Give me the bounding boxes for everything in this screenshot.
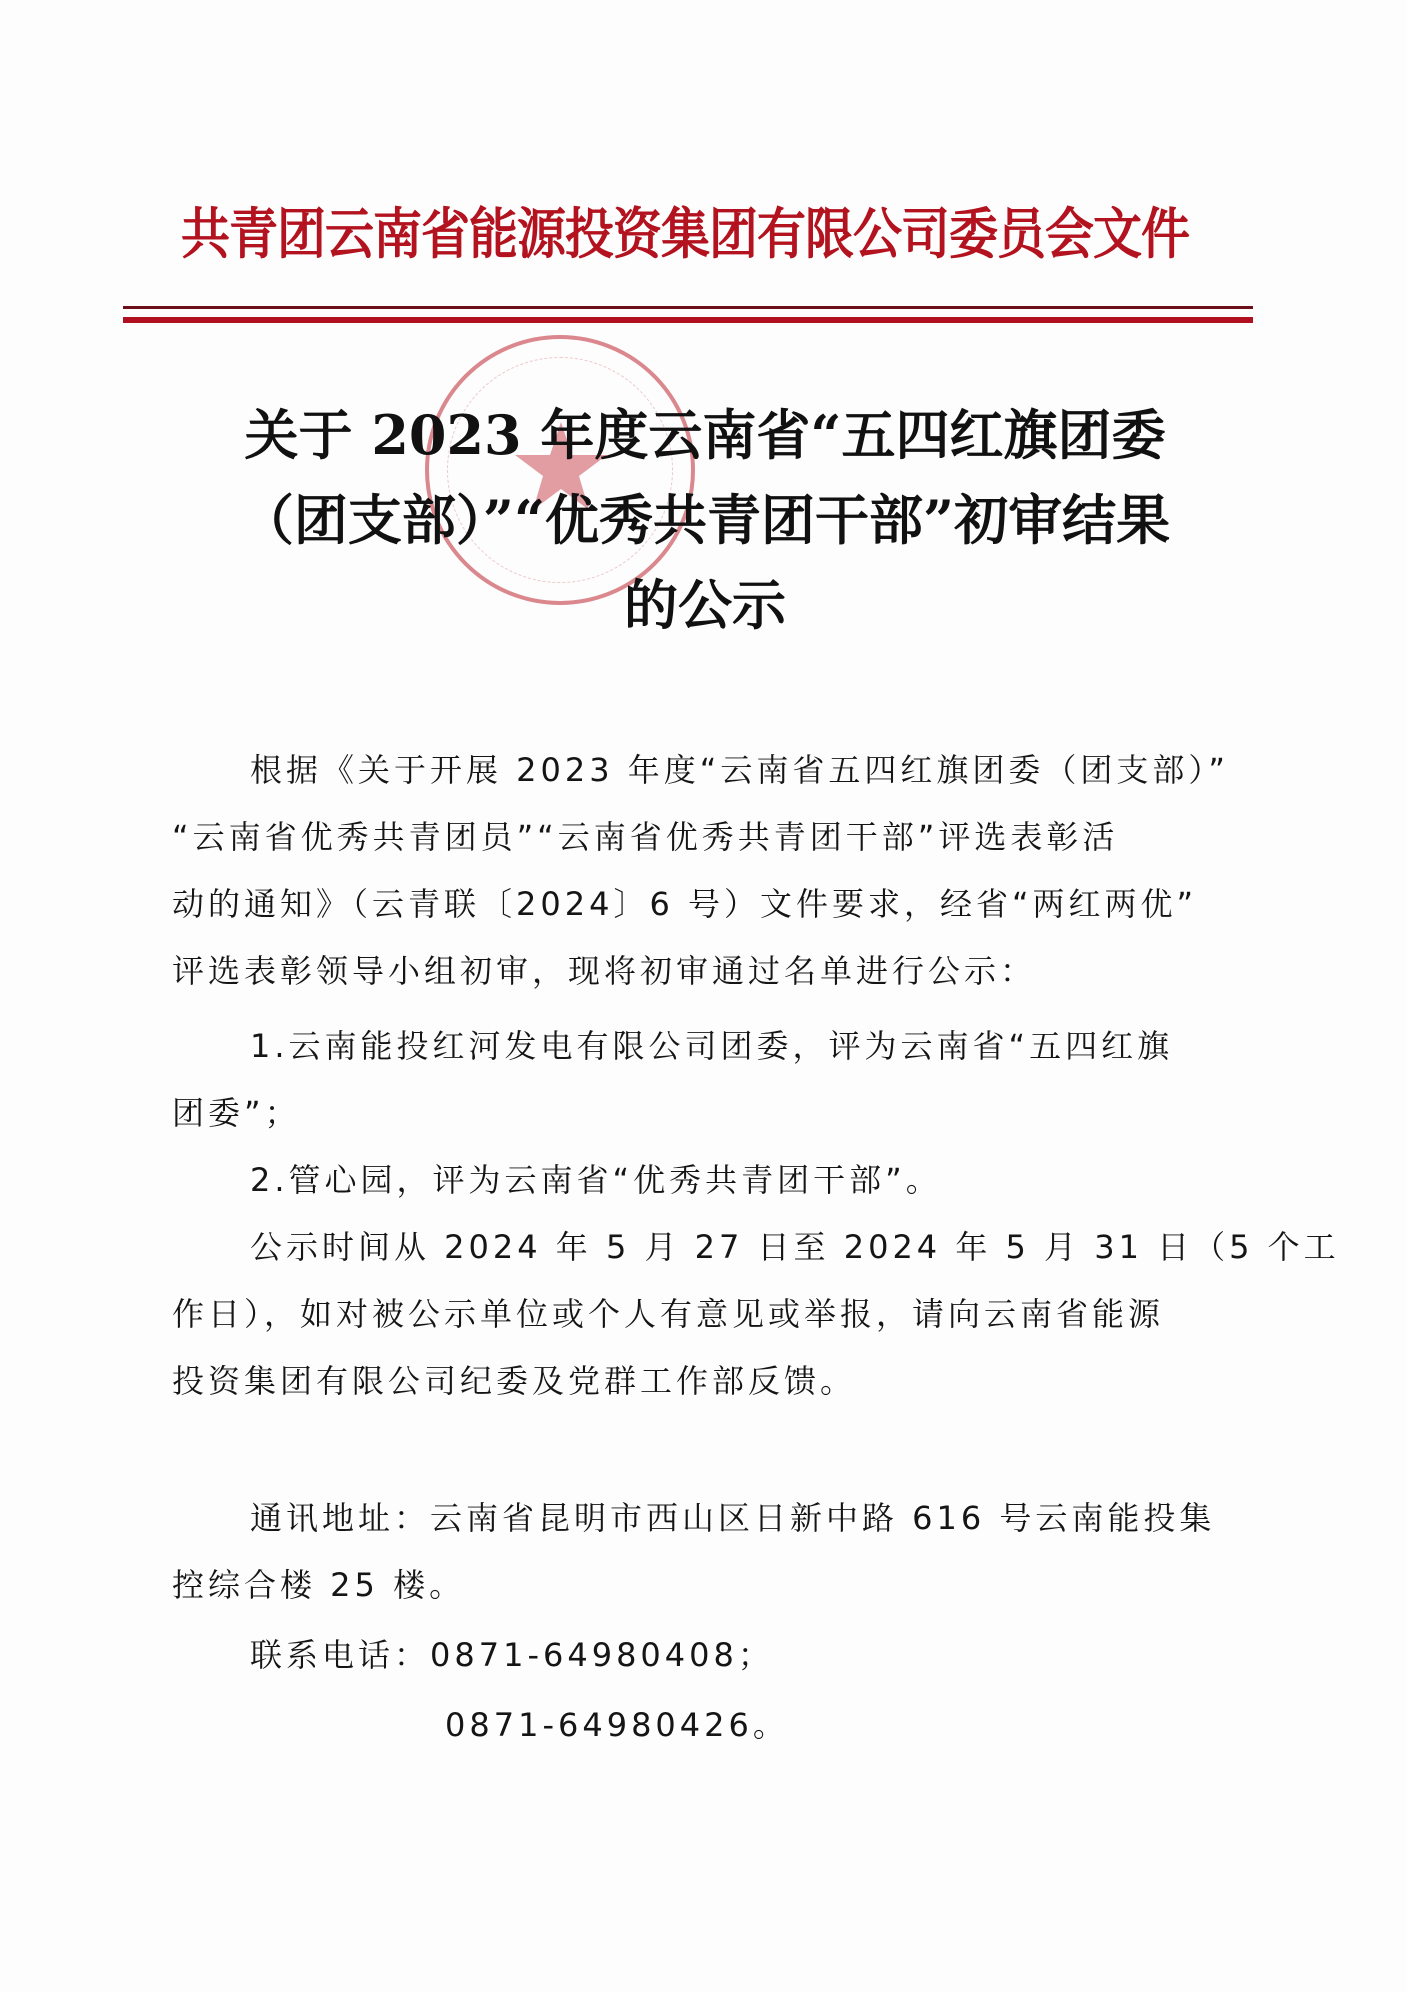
letterhead-title: 共青团云南省能源投资集团有限公司委员会文件 — [120, 201, 1250, 268]
intro-line-4: 评选表彰领导小组初审，现将初审通过名单进行公示： — [172, 949, 1036, 993]
document-title-line-1: 关于 2023 年度云南省“五四红旗团委 — [160, 395, 1250, 475]
period-line-1: 公示时间从 2024 年 5 月 27 日至 2024 年 5 月 31 日（5… — [250, 1225, 1340, 1269]
document-title-line-3: 的公示 — [160, 565, 1250, 645]
intro-line-2: “云南省优秀共青团员”“云南省优秀共青团干部”评选表彰活 — [172, 815, 1118, 859]
letterhead-rule-thick — [123, 317, 1253, 323]
contact-phone-2: 0871-64980426。 — [445, 1703, 789, 1747]
contact-phone-1: 联系电话：0871-64980408； — [250, 1633, 774, 1677]
address-line-1: 通讯地址：云南省昆明市西山区日新中路 616 号云南能投集 — [250, 1496, 1215, 1540]
document-page: 共青团云南省能源投资集团有限公司委员会文件 关于 2023 年度云南省“五四红旗… — [0, 0, 1407, 1992]
item-2: 2.管心园，评为云南省“优秀共青团干部”。 — [250, 1158, 942, 1202]
item-1-line-2: 团委”； — [172, 1091, 301, 1135]
address-line-2: 控综合楼 25 楼。 — [172, 1563, 465, 1607]
item-1-line-1: 1.云南能投红河发电有限公司团委，评为云南省“五四红旗 — [250, 1024, 1173, 1068]
document-title-line-2: （团支部）”“优秀共青团干部”初审结果 — [160, 480, 1250, 560]
letterhead-rule-thin — [123, 306, 1253, 309]
period-line-3: 投资集团有限公司纪委及党群工作部反馈。 — [172, 1359, 856, 1403]
intro-line-3: 动的通知》（云青联〔2024〕6 号）文件要求，经省“两红两优” — [172, 882, 1197, 926]
period-line-2: 作日），如对被公示单位或个人有意见或举报，请向云南省能源 — [172, 1292, 1164, 1336]
intro-line-1: 根据《关于开展 2023 年度“云南省五四红旗团委（团支部）” — [250, 748, 1229, 792]
